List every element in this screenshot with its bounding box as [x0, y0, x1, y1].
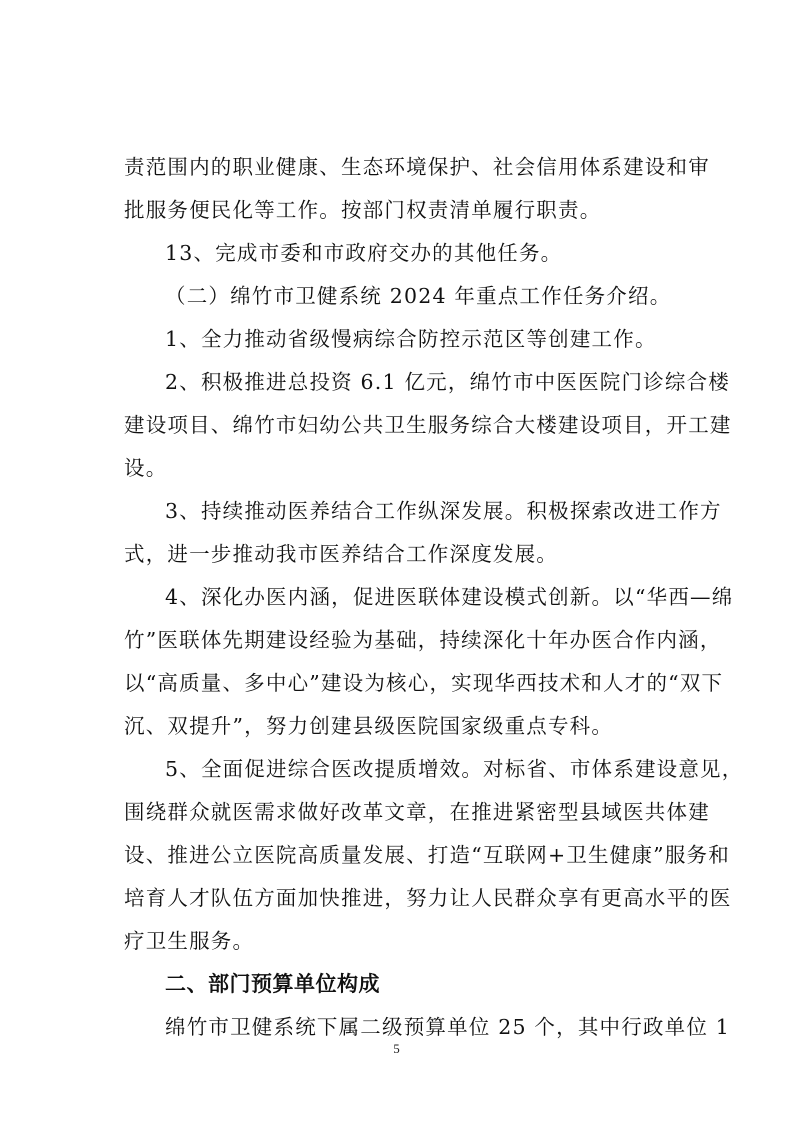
section-heading-budget-units: 二、部门预算单位构成 — [124, 963, 698, 1006]
task-3-line: 式，进一步推动我市医养结合工作深度发展。 — [124, 533, 698, 576]
task-5-line: 设、推进公立医院高质量发展、打造“互联网+卫生健康”服务和 — [124, 834, 698, 877]
task-3-line: 3、持续推动医养结合工作纵深发展。积极探索改进工作方 — [124, 490, 698, 533]
task-5-line: 培育人才队伍方面加快推进，努力让人民群众享有更高水平的医 — [124, 877, 698, 920]
task-2-line: 2、积极推进总投资 6.1 亿元，绵竹市中医医院门诊综合楼 — [124, 361, 698, 404]
body-text: 责范围内的职业健康、生态环境保护、社会信用体系建设和审 批服务便民化等工作。按部… — [124, 146, 698, 1049]
task-2-line: 设。 — [124, 447, 698, 490]
page-number: 5 — [0, 1041, 793, 1057]
list-item-13: 13、完成市委和市政府交办的其他任务。 — [124, 232, 698, 275]
subheading-2024-tasks: （二）绵竹市卫健系统 2024 年重点工作任务介绍。 — [124, 275, 698, 318]
document-page: 责范围内的职业健康、生态环境保护、社会信用体系建设和审 批服务便民化等工作。按部… — [0, 0, 793, 1122]
task-5-line: 疗卫生服务。 — [124, 920, 698, 963]
task-4-line: 以“高质量、多中心”建设为核心，实现华西技术和人才的“双下 — [124, 662, 698, 705]
task-5-line: 围绕群众就医需求做好改革文章，在推进紧密型县域医共体建 — [124, 791, 698, 834]
task-2-line: 建设项目、绵竹市妇幼公共卫生服务综合大楼建设项目，开工建 — [124, 404, 698, 447]
task-4-line: 沉、双提升”，努力创建县级医院国家级重点专科。 — [124, 705, 698, 748]
task-4-line: 4、深化办医内涵，促进医联体建设模式创新。以“华西—绵 — [124, 576, 698, 619]
task-4-line: 竹”医联体先期建设经验为基础，持续深化十年办医合作内涵， — [124, 619, 698, 662]
task-1: 1、全力推动省级慢病综合防控示范区等创建工作。 — [124, 318, 698, 361]
text-line: 批服务便民化等工作。按部门权责清单履行职责。 — [124, 189, 698, 232]
task-5-line: 5、全面促进综合医改提质增效。对标省、市体系建设意见， — [124, 748, 698, 791]
text-line: 责范围内的职业健康、生态环境保护、社会信用体系建设和审 — [124, 146, 698, 189]
